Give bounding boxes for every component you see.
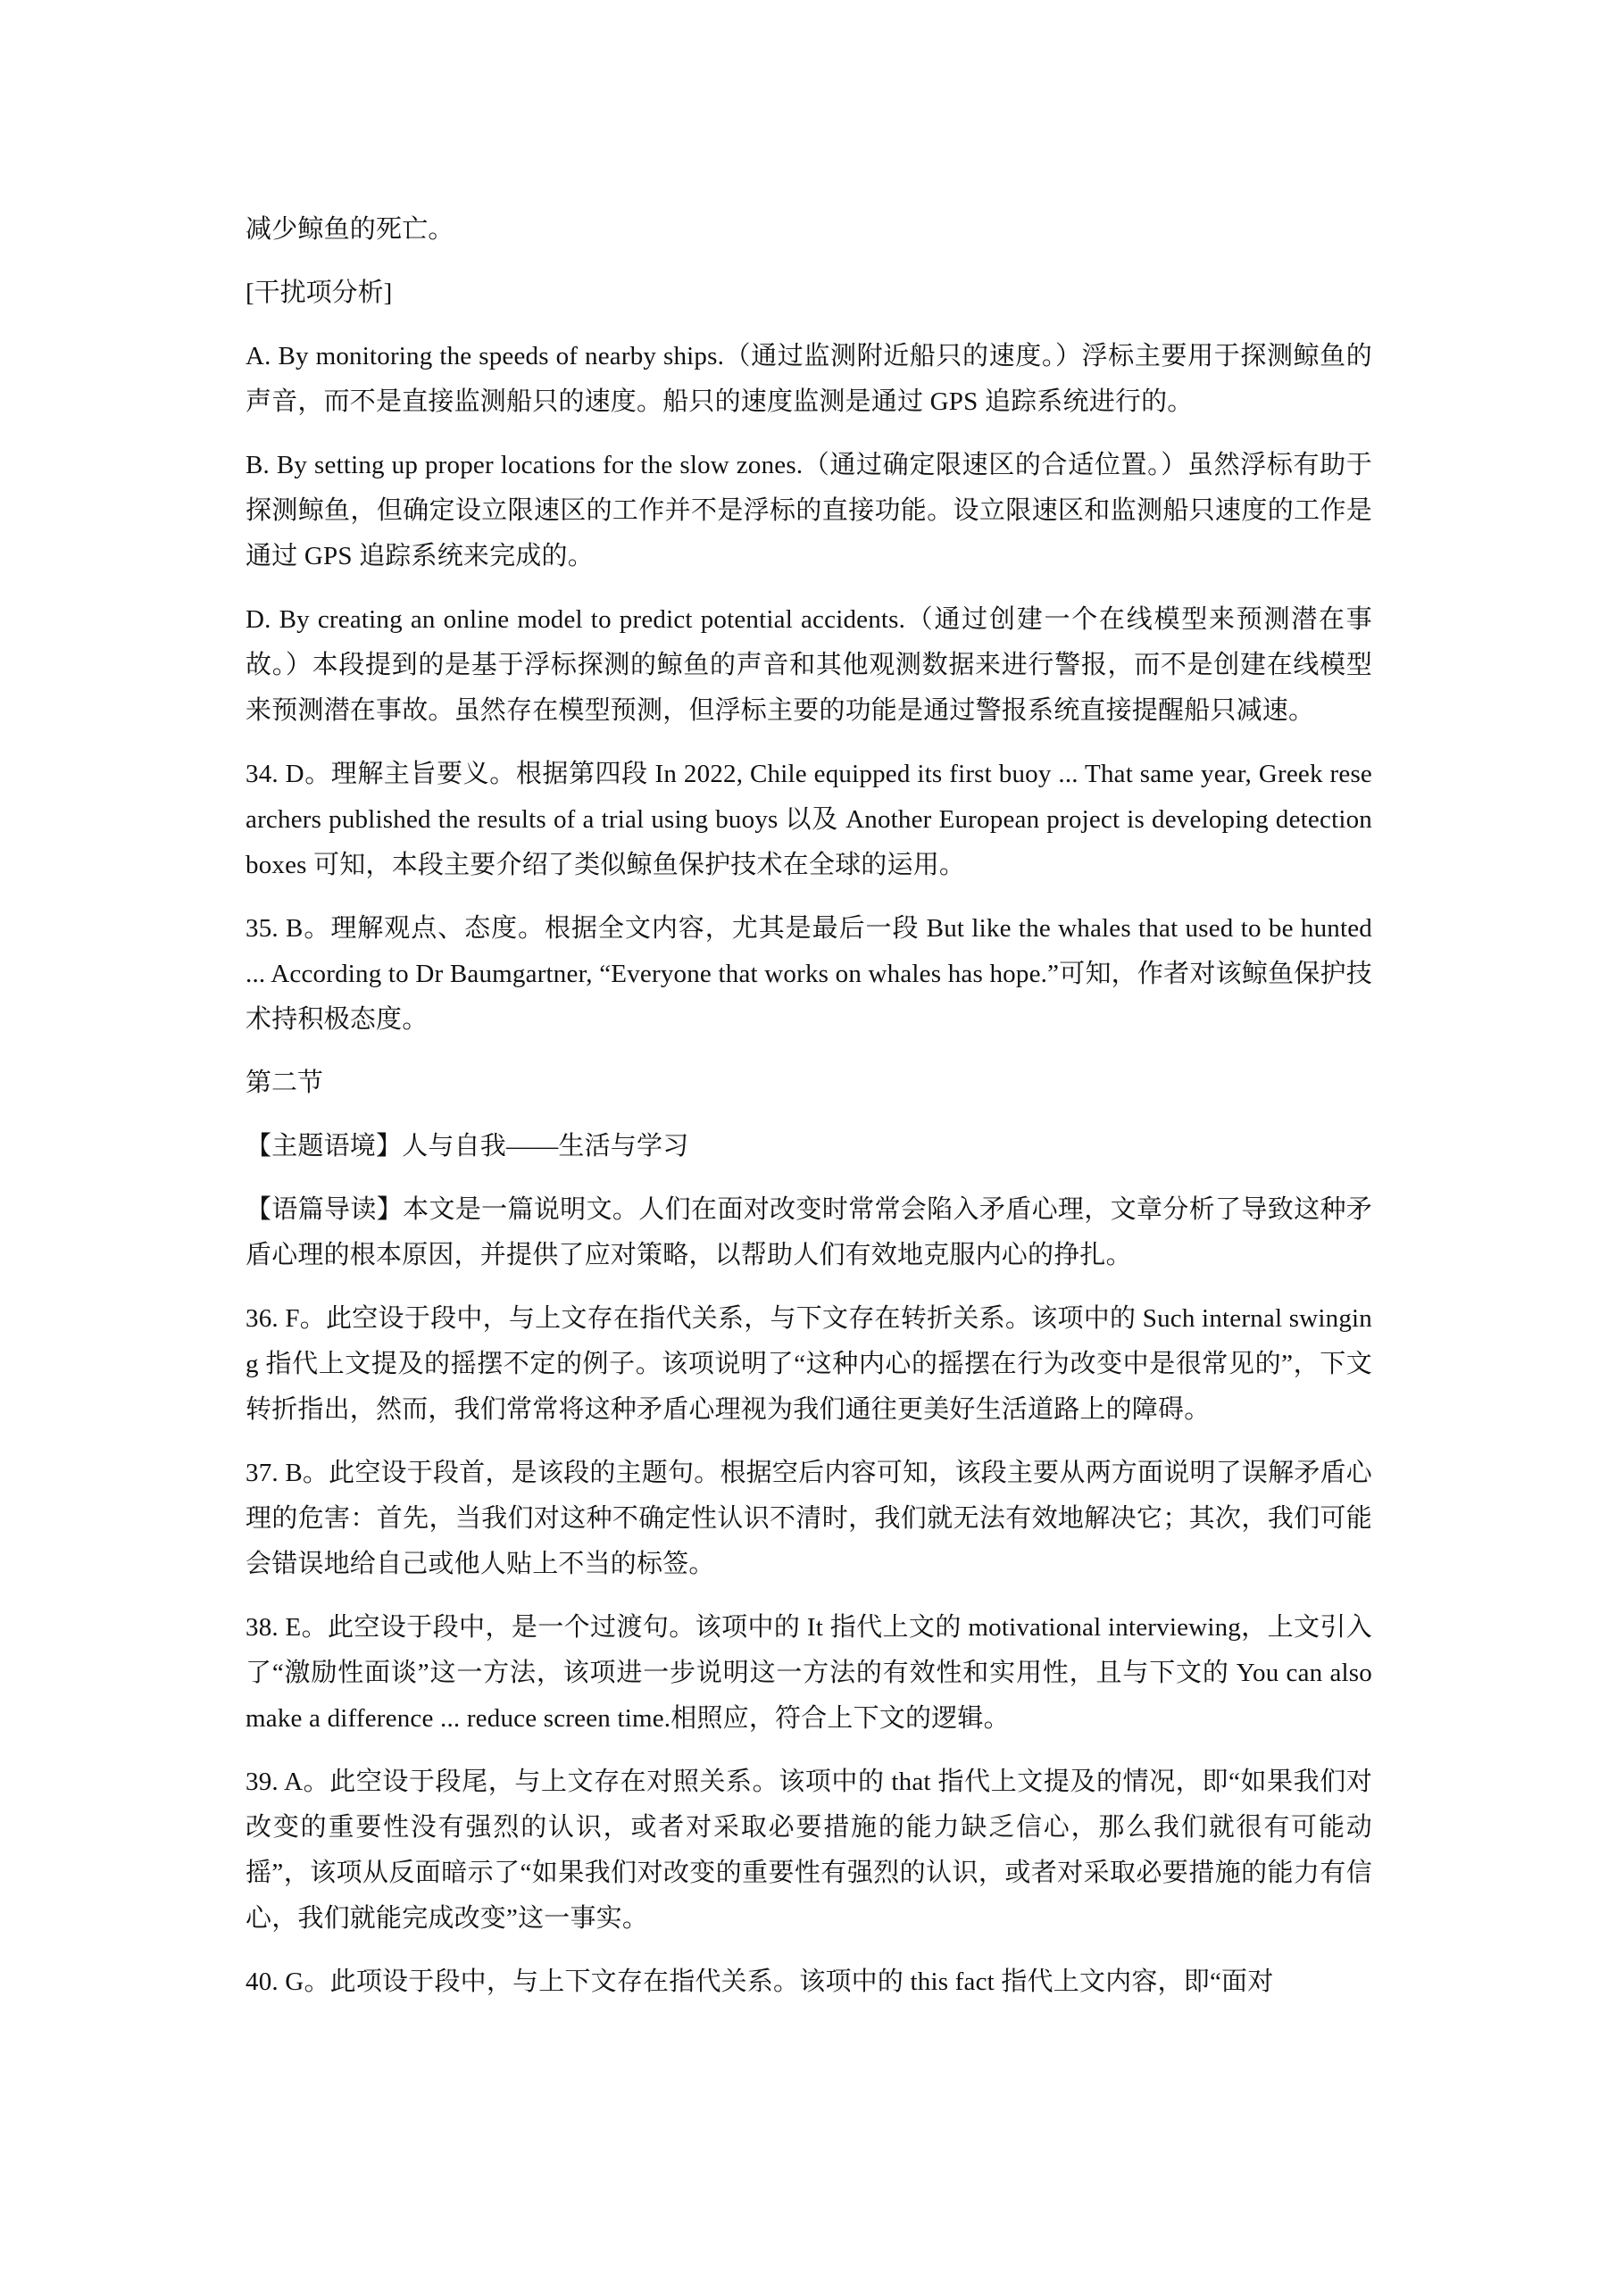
distractor-option-b: B. By setting up proper locations for th… [246, 443, 1372, 579]
answer-explanation-35: 35. B。理解观点、态度。根据全文内容，尤其是最后一段 But like th… [246, 906, 1372, 1043]
document-page: 减少鲸鱼的死亡。 [干扰项分析] A. By monitoring the sp… [246, 207, 1372, 2023]
section-two-label: 第二节 [246, 1061, 1372, 1106]
distractor-option-a: A. By monitoring the speeds of nearby sh… [246, 334, 1372, 425]
distractor-analysis-heading: [干扰项分析] [246, 270, 1372, 316]
passage-guide: 【语篇导读】本文是一篇说明文。人们在面对改变时常常会陷入矛盾心理，文章分析了导致… [246, 1187, 1372, 1278]
answer-explanation-39: 39. A。此空设于段尾，与上文存在对照关系。该项中的 that 指代上文提及的… [246, 1759, 1372, 1942]
answer-explanation-38: 38. E。此空设于段中，是一个过渡句。该项中的 It 指代上文的 motiva… [246, 1605, 1372, 1742]
continuation-paragraph: 减少鲸鱼的死亡。 [246, 207, 1372, 253]
theme-context: 【主题语境】人与自我——生活与学习 [246, 1124, 1372, 1169]
answer-explanation-40: 40. G。此项设于段中，与上下文存在指代关系。该项中的 this fact 指… [246, 1959, 1372, 2005]
answer-explanation-36: 36. F。此空设于段中，与上文存在指代关系，与下文存在转折关系。该项中的 Su… [246, 1296, 1372, 1433]
answer-explanation-34: 34. D。理解主旨要义。根据第四段 In 2022, Chile equipp… [246, 752, 1372, 888]
answer-explanation-37: 37. B。此空设于段首，是该段的主题句。根据空后内容可知，该段主要从两方面说明… [246, 1451, 1372, 1587]
distractor-option-d: D. By creating an online model to predic… [246, 597, 1372, 734]
